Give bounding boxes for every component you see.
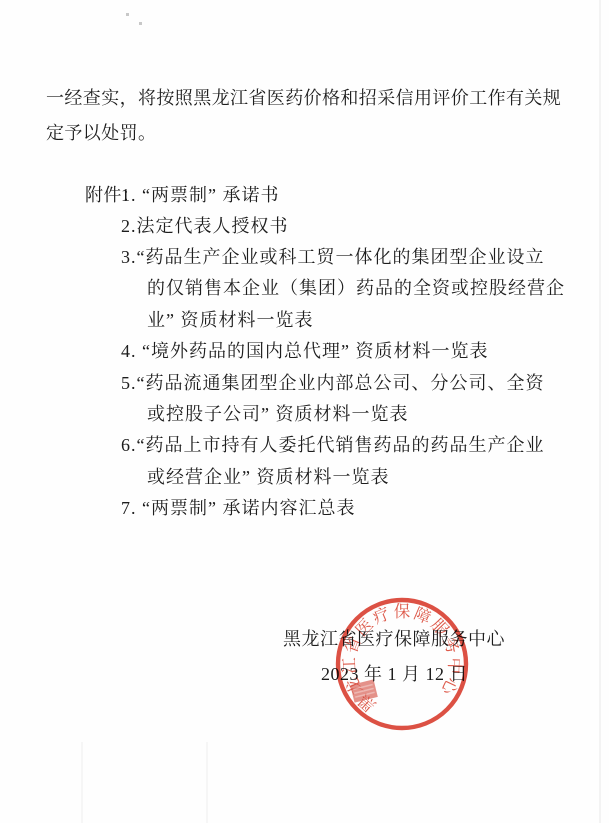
- attachment-line: 1. “两票制” 承诺书: [121, 184, 279, 206]
- attachment-line: 5.“药品流通集团型企业内部总公司、分公司、全资: [121, 372, 545, 394]
- scan-fold-line: [206, 742, 208, 823]
- scan-edge-line: [599, 0, 601, 823]
- signature-date: 2023 年 1 月 12 日: [321, 663, 468, 685]
- seal-char: 疗: [370, 604, 393, 628]
- scan-speck: [126, 13, 129, 16]
- attachment-line: 7. “两票制” 承诺内容汇总表: [121, 497, 355, 519]
- scan-speck: [139, 22, 142, 25]
- attachment-line: 3.“药品生产企业或科工贸一体化的集团型企业设立: [121, 246, 545, 268]
- attachment-line: 或控股子公司” 资质材料一览表: [147, 403, 409, 425]
- attachment-line: 4. “境外药品的国内总代理” 资质材料一览表: [121, 340, 488, 362]
- paragraph-line: 定予以处罚。: [46, 122, 156, 144]
- signature-org: 黑龙江省医疗保障服务中心: [283, 628, 505, 650]
- document-page: 一经查实，将按照黑龙江省医药价格和招采信用评价工作有关规 定予以处罚。 附件： …: [0, 0, 609, 823]
- seal-char: 保: [394, 602, 411, 621]
- attachment-line: 或经营企业” 资质材料一览表: [147, 466, 390, 488]
- seal-char: 黑: [354, 690, 379, 715]
- attachment-line: 2.法定代表人授权书: [121, 215, 289, 237]
- seal-arc-text: 黑 龙 江 省 医 疗 保 障 服 务 中 心: [333, 595, 469, 718]
- paragraph-line: 一经查实，将按照黑龙江省医药价格和招采信用评价工作有关规: [46, 87, 561, 109]
- attachment-line: 6.“药品上市持有人委托代销售药品的药品生产企业: [121, 434, 545, 456]
- scan-fold-line: [81, 742, 83, 823]
- seal-char: 障: [411, 604, 434, 628]
- attachment-line: 的仅销售本企业（集团）药品的全资或控股经营企: [147, 277, 565, 299]
- attachment-line: 业” 资质材料一览表: [147, 309, 314, 331]
